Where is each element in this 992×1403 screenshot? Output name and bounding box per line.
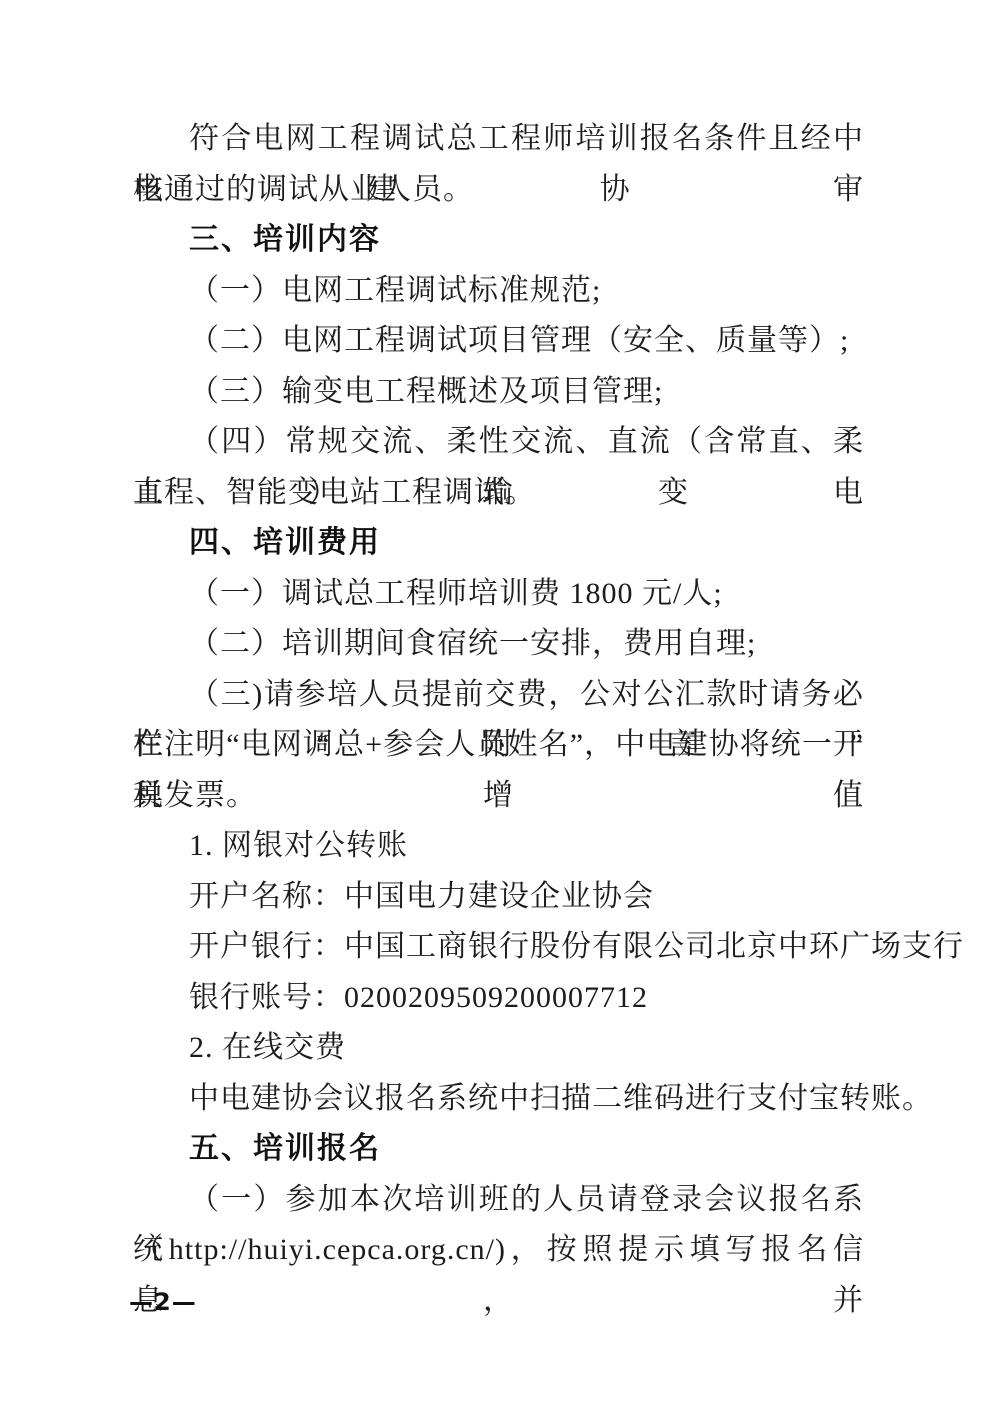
text-line-fee-amount: （一）调试总工程师培训费 1800 元/人; — [133, 569, 864, 620]
text-line-registration-url: （http://huiyi.cepca.org.cn/)，按照提示填写报名信息，… — [133, 1225, 864, 1276]
text-line: （三）输变电工程概述及项目管理; — [133, 367, 864, 418]
text-line: 符合电网工程调试总工程师培训报名条件且经中电建协审 — [133, 114, 864, 165]
text-line-bank-name: 开户银行：中国工商银行股份有限公司北京中环广场支行 — [133, 922, 864, 973]
text-line: （二）培训期间食宿统一安排，费用自理; — [133, 619, 864, 670]
page-number: —2— — [129, 1288, 197, 1316]
text-line: （四）常规交流、柔性交流、直流（含常直、柔直）输变电 — [133, 417, 864, 468]
heading-training-fee: 四、培训费用 — [133, 518, 864, 569]
heading-training-content: 三、培训内容 — [133, 215, 864, 266]
text-line: 栏注明“电网调总+参会人员姓名”，中电建协将统一开具增值 — [133, 720, 864, 771]
text-line-payment-method-2: 2. 在线交费 — [133, 1023, 864, 1074]
document-body: 符合电网工程调试总工程师培训报名条件且经中电建协审 核通过的调试从业人员。 三、… — [133, 114, 864, 1276]
heading-training-registration: 五、培训报名 — [133, 1124, 864, 1175]
text-line: （三)请参培人员提前交费，公对公汇款时请务必在“附言” — [133, 670, 864, 721]
text-line: （二）电网工程调试项目管理（安全、质量等）; — [133, 316, 864, 367]
text-line-account-number: 银行账号：0200209509200007712 — [133, 973, 864, 1024]
document-page: 符合电网工程调试总工程师培训报名条件且经中电建协审 核通过的调试从业人员。 三、… — [0, 0, 992, 1403]
text-line-payment-method-1: 1. 网银对公转账 — [133, 821, 864, 872]
text-line: （一）电网工程调试标准规范; — [133, 266, 864, 317]
text-line: （一）参加本次培训班的人员请登录会议报名系统 — [133, 1175, 864, 1226]
text-line-account-name: 开户名称：中国电力建设企业协会 — [133, 872, 864, 923]
text-line: 中电建协会议报名系统中扫描二维码进行支付宝转账。 — [133, 1074, 864, 1125]
